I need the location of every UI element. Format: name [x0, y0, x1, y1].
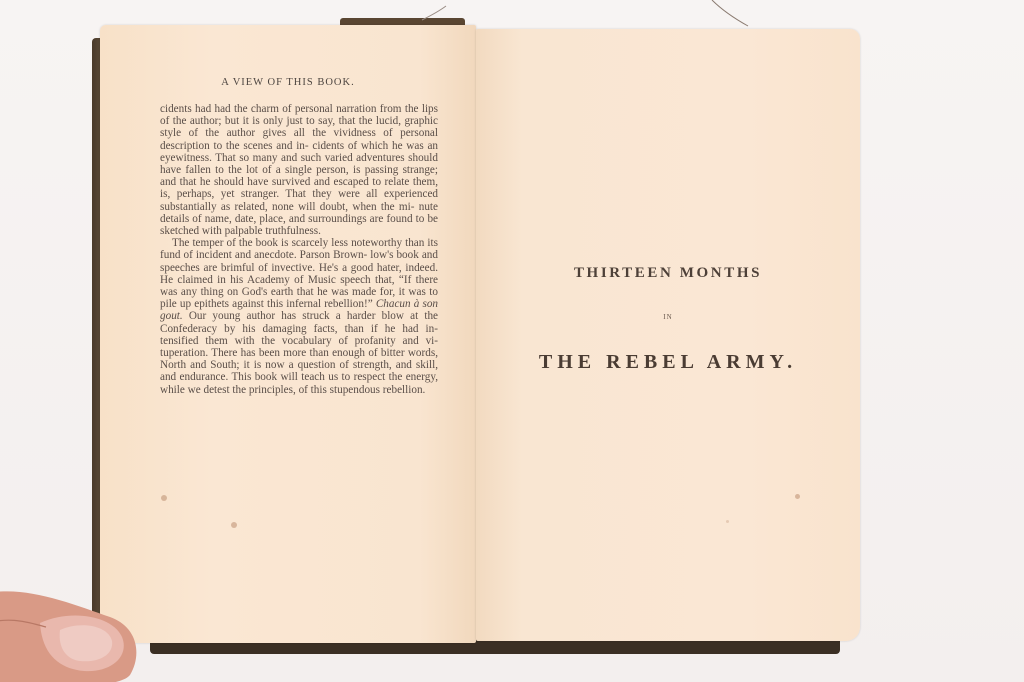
loose-thread-left	[420, 4, 450, 24]
title-line-1: THIRTEEN MONTHS	[476, 265, 860, 282]
thumb	[0, 575, 150, 682]
foxing-spot	[231, 522, 237, 528]
foxing-spot	[726, 520, 729, 523]
paragraph-1: cidents had had the charm of personal na…	[160, 103, 438, 237]
paragraph-2: The temper of the book is scarcely less …	[160, 237, 438, 396]
foxing-spot	[161, 495, 167, 501]
loose-thread	[700, 0, 760, 30]
right-page	[476, 29, 860, 641]
running-head: A VIEW OF THIS BOOK.	[100, 77, 476, 88]
foxing-spot	[795, 494, 800, 499]
title-line-2: THE REBEL ARMY.	[476, 351, 860, 374]
left-page-body: cidents had had the charm of personal na…	[160, 103, 438, 396]
title-connector: IN	[476, 313, 860, 321]
